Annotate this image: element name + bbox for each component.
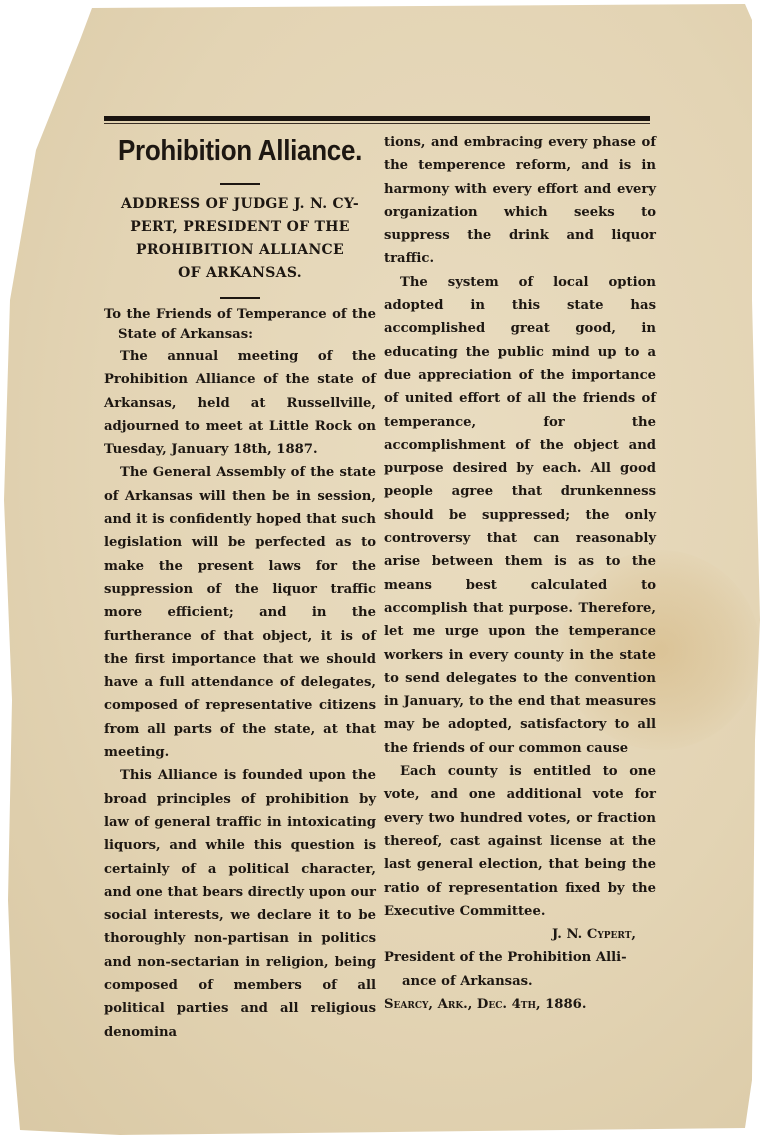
- signature-title-cont: ance of Arkansas.: [384, 970, 656, 993]
- paragraph-continued: tions, and embracing every phase of the …: [384, 131, 656, 271]
- heavy-rule: [104, 116, 650, 121]
- dateline: Searcy, Ark., Dec. 4th, 1886.: [384, 993, 656, 1016]
- salutation: To the Friends of Temperance of the Stat…: [104, 305, 376, 345]
- subheading: ADDRESS OF JUDGE J. N. CY- PERT, PRESIDE…: [104, 193, 376, 285]
- right-column: tions, and embracing every phase of the …: [384, 131, 656, 1016]
- subheading-line: PROHIBITION ALLIANCE: [104, 239, 376, 262]
- subheading-line: OF ARKANSAS.: [104, 262, 376, 285]
- divider: [220, 183, 260, 185]
- paragraph: The General Assembly of the state of Ark…: [104, 461, 376, 764]
- left-column: Prohibition Alliance. ADDRESS OF JUDGE J…: [104, 128, 376, 1044]
- subheading-line: ADDRESS OF JUDGE J. N. CY-: [104, 193, 376, 216]
- subheading-line: PERT, PRESIDENT OF THE: [104, 216, 376, 239]
- paragraph: The annual meeting of the Prohibition Al…: [104, 345, 376, 461]
- paragraph: This Alliance is founded upon the broad …: [104, 764, 376, 1044]
- signature-title: President of the Prohibition Alli-: [384, 946, 656, 969]
- thin-rule: [104, 123, 650, 124]
- paragraph: Each county is entitled to one vote, and…: [384, 760, 656, 923]
- signature-name: J. N. Cypert,: [384, 923, 656, 946]
- paragraph: The system of local option adopted in th…: [384, 271, 656, 760]
- masthead: Prohibition Alliance.: [104, 131, 376, 168]
- divider: [220, 297, 260, 299]
